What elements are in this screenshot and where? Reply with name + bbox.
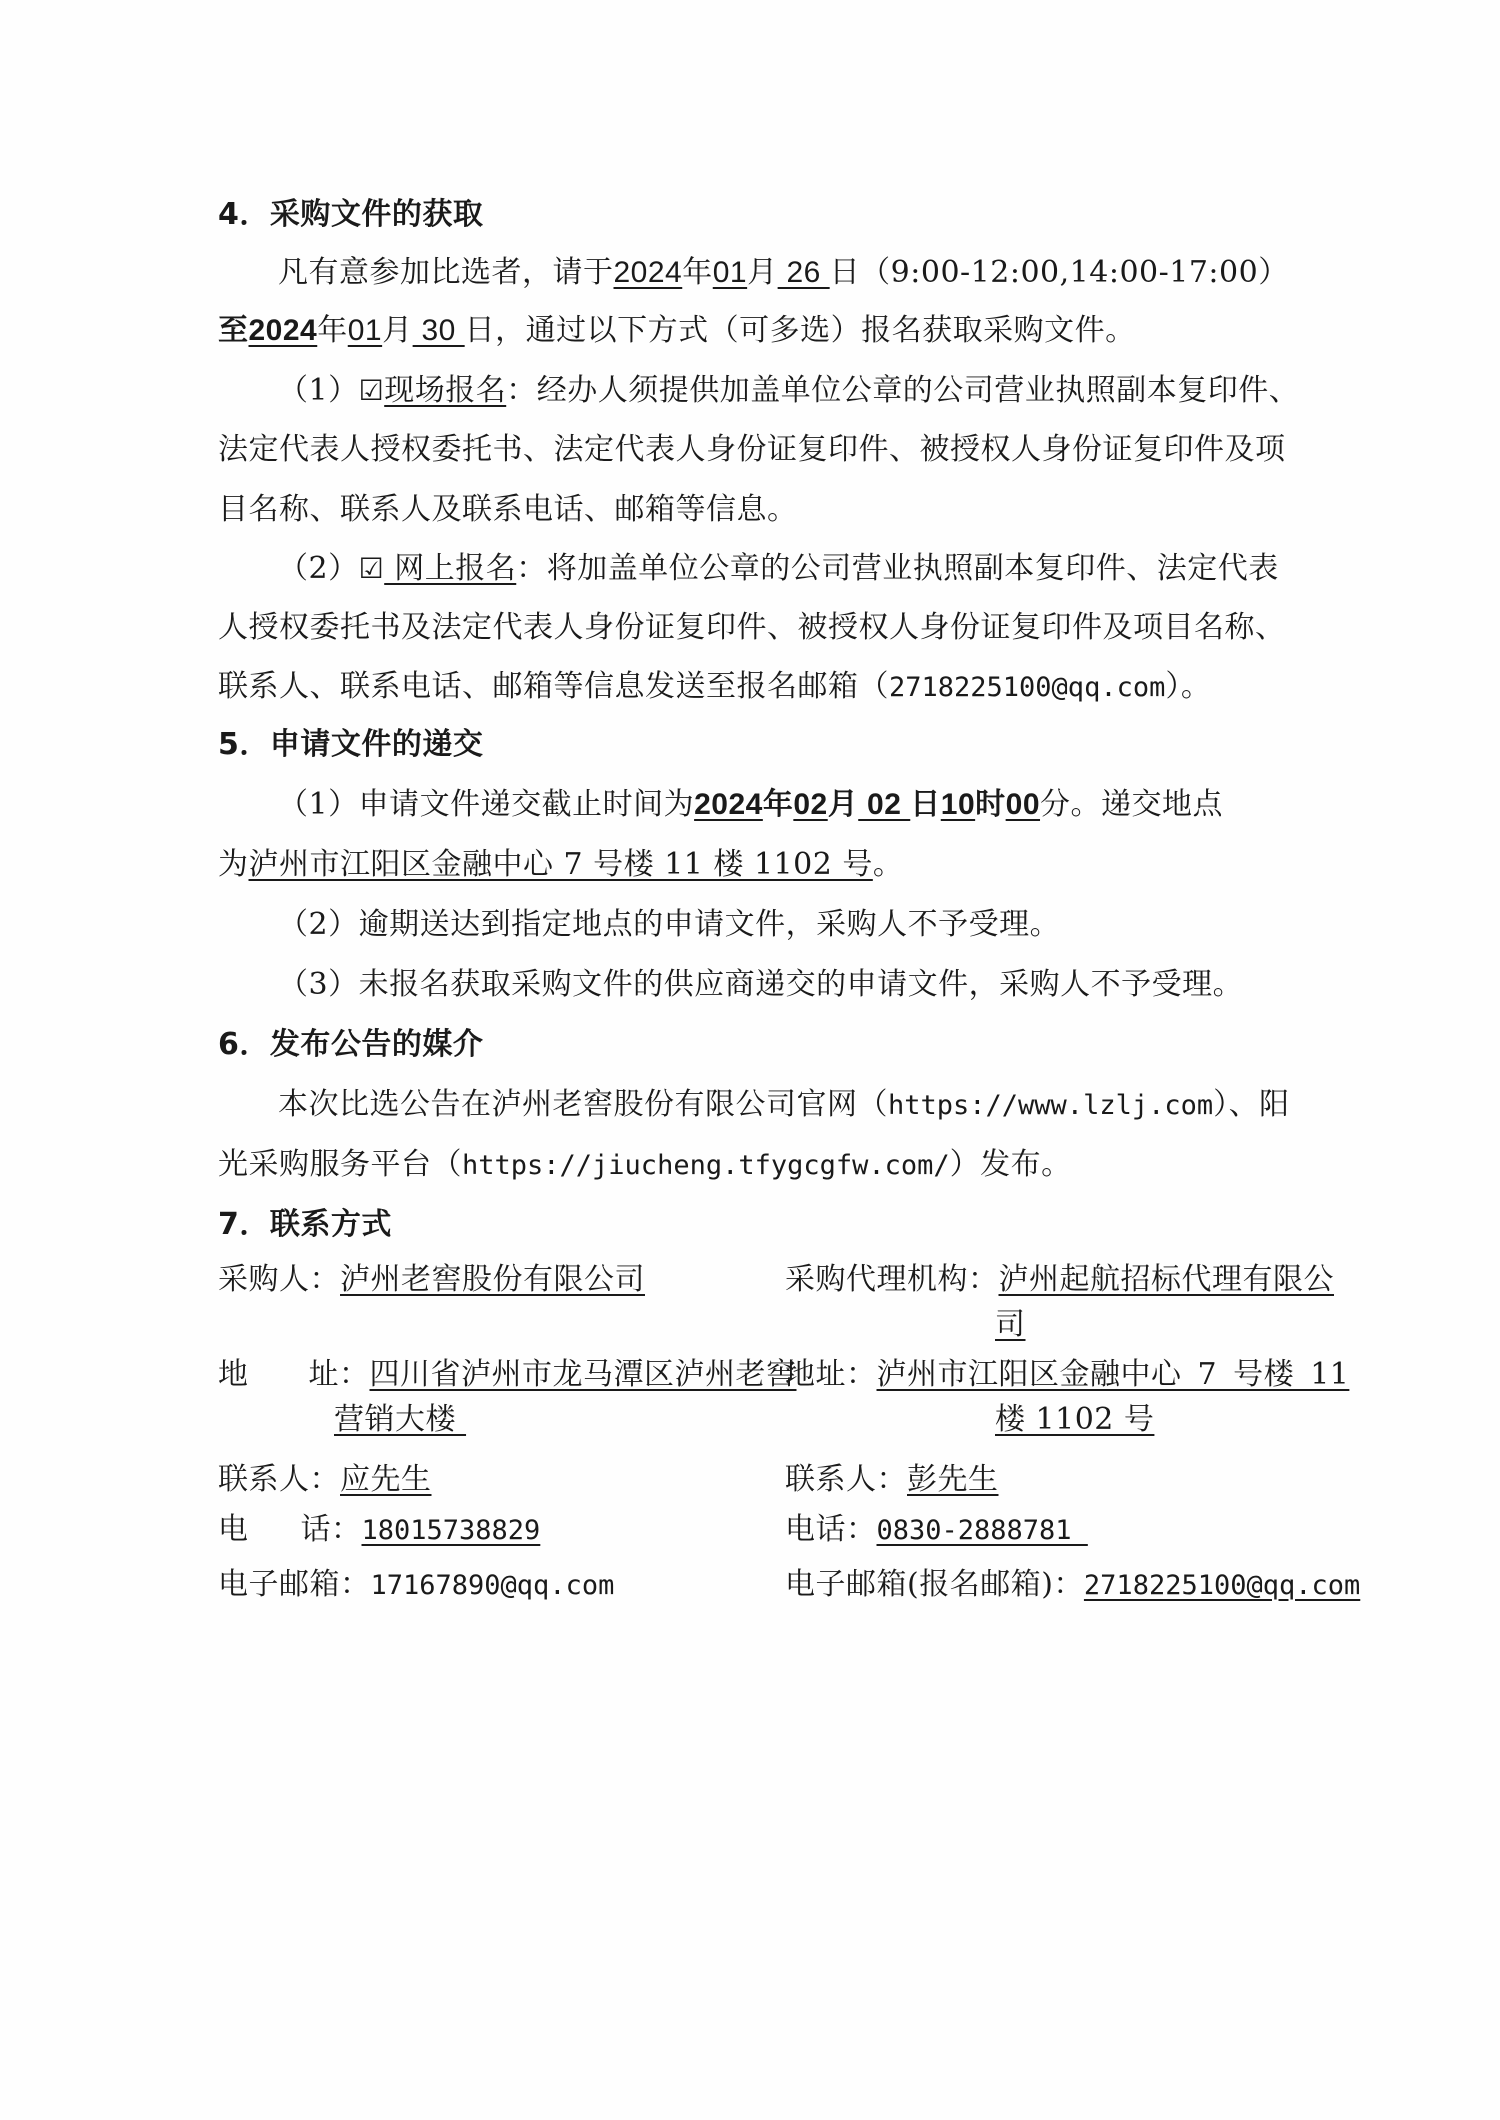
agency-name-row: 采购代理机构：泸州起航招标代理有限公 [785, 1260, 1334, 1300]
purchaser-phone: 18015738829 [362, 1515, 541, 1546]
text: 月 [828, 787, 859, 822]
purchaser-email: 17167890@qq.com [371, 1570, 615, 1601]
purchaser-address-row: 地址：四川省泸州市龙马潭区泸州老窖 [218, 1355, 797, 1395]
section-6-heading: 6．发布公告的媒介 [218, 1025, 483, 1065]
agency-address-line-2-row: 楼 1102 号 [995, 1400, 1154, 1440]
checkbox-checked-icon[interactable]: ☑ [359, 371, 385, 411]
purchaser-contact: 应先生 [340, 1462, 432, 1497]
section-7-heading: 7．联系方式 [218, 1205, 392, 1245]
text: 年 [317, 313, 348, 348]
phone-label: 话： [301, 1512, 362, 1547]
phone-label: 电话： [785, 1512, 877, 1547]
text: 日 [910, 787, 941, 822]
end-day: 30 [413, 314, 465, 347]
purchaser-name-row: 采购人：泸州老窖股份有限公司 [218, 1260, 645, 1300]
end-month: 01 [348, 314, 382, 347]
address-label: 址： [309, 1357, 370, 1392]
section-6-line-2: 光采购服务平台（https://jiucheng.tfygcgfw.com/）发… [218, 1145, 1072, 1186]
agency-name-line-2-row: 司 [995, 1305, 1026, 1345]
purchaser-address-line-2-row: 营销大楼 [334, 1400, 466, 1440]
agency-phone-row: 电话：0830-2888781 [785, 1510, 1088, 1551]
email-label: 电子邮箱： [218, 1567, 371, 1602]
purchaser-address-line-1: 四川省泸州市龙马潭区泸州老窖 [370, 1357, 797, 1392]
contact-label: 联系人： [218, 1462, 340, 1497]
agency-label: 采购代理机构： [785, 1262, 999, 1297]
online-registration-label: 网上报名 [384, 551, 516, 586]
purchaser-label: 采购人： [218, 1262, 340, 1297]
text: ：将加盖单位公章的公司营业执照副本复印件、法定代表 [516, 551, 1279, 586]
agency-address-row: 地址：泸州市江阳区金融中心 7 号楼 11 [785, 1355, 1349, 1395]
text: 本次比选公告在泸州老窖股份有限公司官网（ [278, 1087, 888, 1122]
onsite-registration-label: 现场报名 [384, 373, 506, 408]
purchaser-phone-row: 电话：18015738829 [218, 1510, 540, 1551]
deadline-hour: 10 [941, 788, 975, 821]
document-page: 4．采购文件的获取 凡有意参加比选者，请于2024年01月 26 日（9:00-… [0, 0, 1500, 2120]
text: ）发布。 [950, 1147, 1072, 1182]
checkbox-checked-icon[interactable]: ☑ [359, 549, 385, 589]
phone-label: 电 [218, 1512, 249, 1547]
text: 时 [975, 787, 1006, 822]
text: 年 [763, 787, 794, 822]
address-label: 地址： [785, 1357, 877, 1392]
start-month: 01 [713, 256, 747, 289]
text: 月 [747, 255, 778, 290]
registration-email: 2718225100@qq.com [889, 672, 1165, 703]
platform-website-link[interactable]: https://jiucheng.tfygcgfw.com/ [462, 1150, 950, 1181]
option-1-line-3: 目名称、联系人及联系电话、邮箱等信息。 [218, 490, 798, 530]
official-website-link[interactable]: https://www.lzlj.com [888, 1090, 1213, 1121]
section-5-item-1-line-2: 为泸州市江阳区金融中心 7 号楼 11 楼 1102 号。 [218, 845, 903, 885]
text: ：经办人须提供加盖单位公章的公司营业执照副本复印件、 [506, 373, 1299, 408]
start-year: 2024 [614, 256, 683, 289]
text: 为 [218, 847, 249, 882]
section-5-item-2: （2）逾期送达到指定地点的申请文件，采购人不予受理。 [278, 905, 1060, 945]
text: 月 [382, 313, 413, 348]
address-label: 地 [218, 1357, 249, 1392]
text: （1） [278, 373, 359, 408]
purchaser-contact-row: 联系人：应先生 [218, 1460, 432, 1500]
purchaser-name: 泸州老窖股份有限公司 [340, 1262, 645, 1297]
text: 光采购服务平台（ [218, 1147, 462, 1182]
section-4-paragraph-line-2: 至2024年01月 30 日，通过以下方式（可多选）报名获取采购文件。 [218, 311, 1136, 351]
text: 分。递交地点 [1040, 787, 1223, 822]
option-2-line-2: 人授权委托书及法定代表人身份证复印件、被授权人身份证复印件及项目名称、 [218, 608, 1286, 648]
deadline-day: 02 [858, 788, 910, 821]
section-4-paragraph-line-1: 凡有意参加比选者，请于2024年01月 26 日（9:00-12:00,14:0… [278, 253, 1289, 293]
option-1-line-2: 法定代表人授权委托书、法定代表人身份证复印件、被授权人身份证复印件及项 [218, 430, 1286, 470]
section-4-heading: 4．采购文件的获取 [218, 195, 483, 235]
deadline-year: 2024 [694, 788, 763, 821]
deadline-month: 02 [793, 788, 827, 821]
text: 日（9:00-12:00,14:00-17:00） [830, 255, 1289, 290]
option-1-line-1: （1）☑现场报名：经办人须提供加盖单位公章的公司营业执照副本复印件、 [278, 371, 1299, 411]
submission-location: 泸州市江阳区金融中心 7 号楼 11 楼 1102 号 [249, 847, 873, 882]
text: 年 [682, 255, 713, 290]
email-label: 电子邮箱(报名邮箱)： [785, 1567, 1084, 1602]
end-year: 2024 [249, 314, 318, 347]
text: 凡有意参加比选者，请于 [278, 255, 614, 290]
contact-label: 联系人： [785, 1462, 907, 1497]
section-5-heading: 5．申请文件的递交 [218, 725, 483, 765]
agency-email: 2718225100@qq.com [1084, 1570, 1360, 1601]
text: ）、阳 [1213, 1087, 1290, 1122]
section-5-item-1-line-1: （1）申请文件递交截止时间为2024年02月 02 日10时00分。递交地点 [278, 785, 1223, 825]
text: 。 [873, 847, 904, 882]
agency-address-line-1: 泸州市江阳区金融中心 7 号楼 11 [877, 1357, 1350, 1392]
purchaser-email-row: 电子邮箱：17167890@qq.com [218, 1565, 614, 1606]
section-5-item-3: （3）未报名获取采购文件的供应商递交的申请文件，采购人不予受理。 [278, 965, 1243, 1005]
text: ）。 [1165, 669, 1211, 704]
agency-email-row: 电子邮箱(报名邮箱)：2718225100@qq.com [785, 1565, 1360, 1606]
agency-contact: 彭先生 [907, 1462, 999, 1497]
section-6-line-1: 本次比选公告在泸州老窖股份有限公司官网（https://www.lzlj.com… [278, 1085, 1290, 1126]
text: （1）申请文件递交截止时间为 [278, 787, 694, 822]
start-day: 26 [778, 256, 830, 289]
agency-contact-row: 联系人：彭先生 [785, 1460, 999, 1500]
agency-name-line-2: 司 [995, 1307, 1026, 1342]
deadline-minute: 00 [1006, 788, 1040, 821]
agency-address-line-2: 楼 1102 号 [995, 1402, 1154, 1437]
option-2-line-3: 联系人、联系电话、邮箱等信息发送至报名邮箱（2718225100@qq.com）… [218, 667, 1211, 708]
purchaser-address-line-2: 营销大楼 [334, 1402, 466, 1437]
text: 联系人、联系电话、邮箱等信息发送至报名邮箱（ [218, 669, 889, 704]
text: （2） [278, 551, 359, 586]
option-2-line-1: （2）☑ 网上报名：将加盖单位公章的公司营业执照副本复印件、法定代表 [278, 549, 1279, 589]
text: 日，通过以下方式（可多选）报名获取采购文件。 [465, 313, 1136, 348]
agency-name-line-1: 泸州起航招标代理有限公 [999, 1262, 1335, 1297]
agency-phone: 0830-2888781 [877, 1515, 1088, 1546]
text: 至 [218, 313, 249, 348]
